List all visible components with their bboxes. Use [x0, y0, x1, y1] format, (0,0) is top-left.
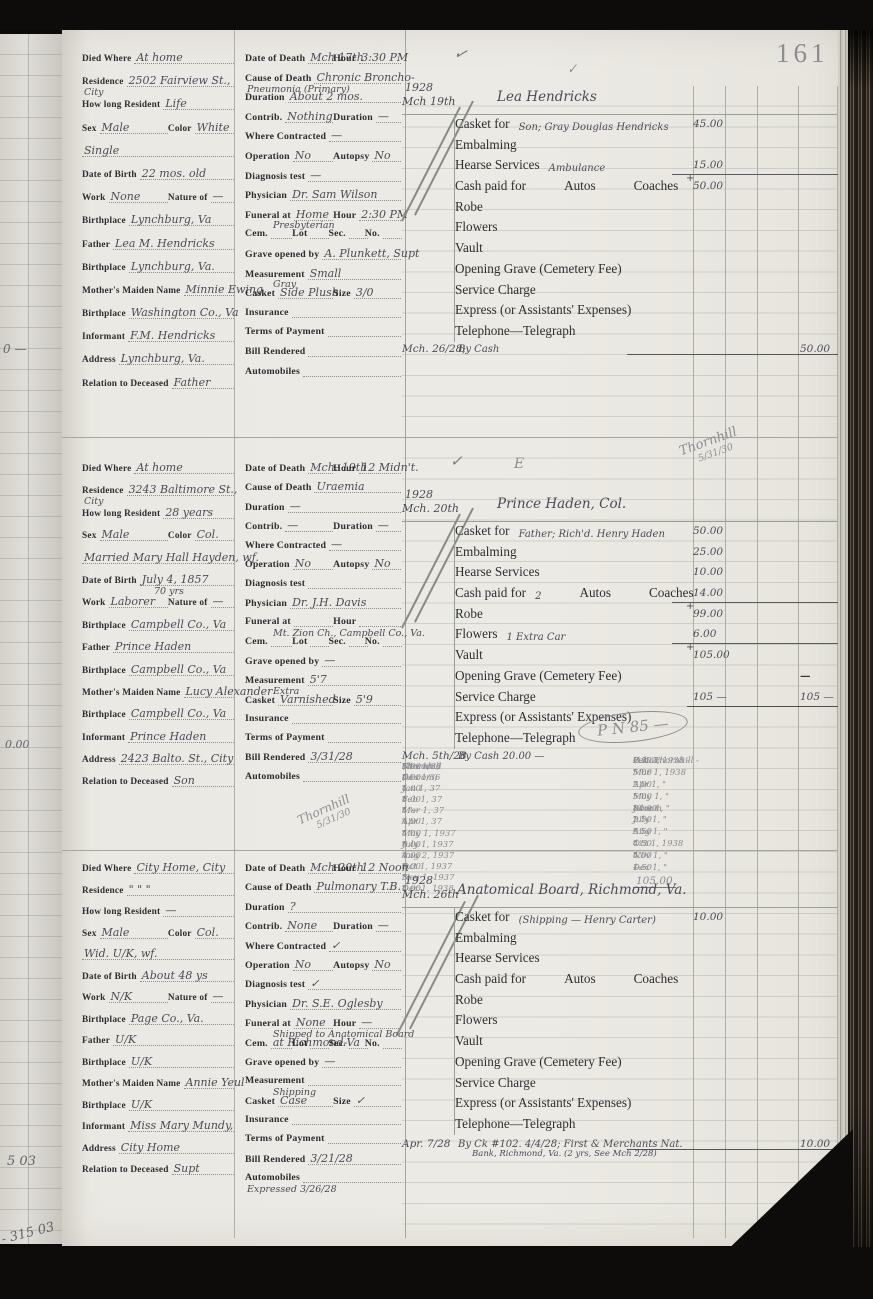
field-line: Cause of DeathPulmonary T.B. [245, 881, 401, 893]
charge-label: Casket for [455, 523, 510, 538]
form-row: BirthplaceLynchburg, Va. [82, 261, 234, 284]
field-line: Address2423 Balto. St., City [82, 753, 234, 765]
field-line: Funeral atHomeHour2:30 PM [245, 209, 401, 221]
field-line: FatherU/K [82, 1034, 234, 1046]
field-line: Date of Birth22 mos. old [82, 168, 234, 180]
payment-text: Bank, Richmond, Va. (2 yrs, See Mch 2/28… [472, 1149, 657, 1159]
field-label: Work [82, 993, 106, 1003]
charge-label: Opening Grave (Cemetery Fee) [455, 261, 622, 276]
field-value: Lynchburg, Va [129, 214, 234, 226]
charge-label: Service Charge [455, 282, 536, 297]
charge-row: Robe [402, 991, 837, 1012]
field-segment: SexMale [82, 122, 168, 134]
field-value: Minnie Ewing [184, 284, 235, 296]
field-label: Duration [333, 921, 373, 932]
field-line: How long Resident28 years [82, 507, 234, 519]
death-fields-column: Date of DeathMch 17thHour3:30 PMCause of… [245, 52, 401, 385]
form-row: Married Mary Hall Hayden, wf. [82, 552, 234, 574]
field-segment: Duration— [333, 111, 401, 123]
account-name: Anatomical Board, Richmond, Va. [457, 882, 687, 898]
form-row: Terms of Payment [245, 732, 401, 751]
field-segment: Bill Rendered [245, 346, 401, 357]
field-label: Birthplace [82, 216, 126, 226]
amount-entered: 105.00 [693, 649, 729, 661]
field-segment: Residence3243 Baltimore St., [82, 484, 234, 496]
field-value: 3243 Baltimore St., [127, 484, 234, 496]
field-line: Bill Rendered [245, 346, 401, 357]
charge-label: Robe [455, 606, 483, 621]
field-label: Duration [245, 902, 285, 913]
charge-row: Cash paid forAutosCoaches [402, 970, 837, 991]
field-segment: SexMale [82, 529, 168, 541]
charge-row: Express (or Assistants' Expenses) [402, 1094, 837, 1115]
field-segment: Date of Birth22 mos. old [82, 168, 234, 180]
form-row: Automobiles [245, 366, 401, 386]
form-row: Residence2502 Fairview St.,City [82, 75, 234, 98]
field-value: None [294, 1017, 333, 1029]
form-row: SexMaleColorWhite [82, 122, 234, 145]
field-label: How long Resident [82, 509, 160, 519]
field-value: Single [82, 145, 234, 157]
field-value [383, 1048, 402, 1049]
field-value: Father [172, 377, 234, 389]
installment-row: Aug 2, 1937""4.00✓ [402, 851, 672, 862]
field-value: Lynchburg, Va. [129, 261, 234, 273]
annotation-line: P N 85 — [596, 714, 669, 739]
charge-row: Vault [402, 239, 837, 260]
field-line: Died WhereAt home [82, 462, 234, 474]
installment-row: May 1, 1937""4.00" " [402, 829, 672, 840]
field-label: Mother's Maiden Name [82, 1079, 181, 1089]
field-label: Insurance [245, 713, 289, 724]
charge-label: Flowers [455, 1012, 498, 1027]
field-label: Date of Birth [82, 170, 137, 180]
field-line: InformantF.M. Hendricks [82, 330, 234, 342]
commission-note: " [633, 780, 637, 790]
field-value: City Home, City [134, 862, 234, 874]
form-row: AutomobilesExpressed 3/26/28 [245, 1172, 401, 1191]
field-segment: Insurance [245, 1114, 401, 1125]
field-value [303, 1182, 401, 1183]
field-value: At home [134, 52, 234, 64]
field-value: Mch. 19th [308, 462, 333, 474]
field-line: BirthplaceLynchburg, Va [82, 214, 234, 226]
annotation-line: ✓ [566, 61, 579, 77]
charges-table: 1928Mch. 26thAnatomical Board, Richmond,… [402, 877, 837, 1257]
charge-row: Service Charge105 —105 — [402, 688, 837, 709]
field-label: Date of Death [245, 53, 305, 64]
form-row: PhysicianDr. S.E. Oglesby [245, 998, 401, 1017]
field-line: Automobiles [245, 771, 401, 782]
field-segment: Size5'9 [333, 694, 401, 706]
amount-posted: — [800, 670, 840, 682]
charge-row: Vault105.00 [402, 646, 837, 667]
commission-note: (½ com) [402, 773, 438, 783]
field-label: Died Where [82, 54, 131, 64]
field-line: BirthplaceU/K [82, 1056, 234, 1068]
charge-row: Express (or Assistants' Expenses) [402, 301, 837, 322]
field-line: Mother's Maiden NameLucy Alexander [82, 686, 234, 698]
pencil-annotation: ✓ [452, 43, 470, 65]
payment-amount: 50.00 [800, 343, 840, 355]
field-label: Grave opened by [245, 656, 319, 667]
form-row: SexMaleColorCol. [82, 529, 234, 551]
installment-list-left: Nov 1/36" "Thornhill5.00(½ com.)Dec 1/36… [402, 762, 672, 895]
form-row: Residence" " " [82, 884, 234, 906]
payment-date: Mch. 5th/28 [402, 750, 467, 762]
installment-row: Feb 2, 1938 -O.K. Thornhill -2.00½ com [633, 756, 868, 768]
field-segment: Cause of DeathChronic Broncho- [245, 72, 401, 84]
form-row: Relation to DeceasedSon [82, 775, 234, 797]
field-label: Informant [82, 1122, 125, 1132]
field-label: No. [365, 228, 380, 239]
field-segment: Date of BirthAbout 48 ys [82, 970, 234, 982]
charge-row: Opening Grave (Cemetery Fee) [402, 1053, 837, 1074]
field-segment: SexMale [82, 927, 168, 939]
page-stack-edge [838, 30, 848, 1242]
installment-row: July 1, 1937""6.00" [402, 840, 672, 851]
field-label: Mother's Maiden Name [82, 688, 181, 698]
column-divider [234, 28, 235, 1238]
field-value [310, 646, 329, 647]
field-value: Miss Mary Mundy, [128, 1120, 234, 1132]
field-segment: Wid. U/K, wf. [82, 948, 234, 960]
field-segment: AutopsyNo [333, 959, 401, 971]
field-label: Birthplace [82, 263, 126, 273]
installment-row: July 1, "" "2.50" " [633, 815, 868, 827]
field-segment: Automobiles [245, 1172, 401, 1183]
form-row: PhysicianDr. Sam Wilson [245, 189, 401, 209]
field-segment: Grave opened by— [245, 655, 401, 667]
field-value: 12 Midn't. [359, 462, 401, 474]
amount-entered: 25.00 [693, 546, 729, 558]
page-number: 161 [776, 38, 829, 69]
field-label: Cause of Death [245, 882, 311, 893]
charge-label: Autos [564, 178, 596, 193]
field-value: — [376, 920, 401, 932]
field-label: Cause of Death [245, 73, 311, 84]
field-line: PhysicianDr. S.E. Oglesby [245, 998, 401, 1010]
field-value: Life [163, 98, 234, 110]
field-value: — [285, 520, 333, 532]
field-label: Birthplace [82, 621, 126, 631]
form-row: Relation to DeceasedFather [82, 377, 234, 400]
field-line: Date of DeathMch 17thHour3:30 PM [245, 52, 401, 64]
field-segment: Terms of Payment [245, 326, 401, 337]
field-segment: Nature of— [168, 596, 234, 608]
field-value: 3/31/28 [308, 751, 401, 763]
field-value: Uraemia [314, 481, 401, 493]
field-value: — [329, 130, 401, 142]
field-segment: Automobiles [245, 771, 401, 782]
field-value: Mch 17th [308, 52, 333, 64]
field-label: Hour [333, 463, 356, 474]
field-value: — [359, 1017, 401, 1029]
field-value: At home [134, 462, 234, 474]
field-label: Operation [245, 151, 290, 162]
commission-note: " " [402, 806, 413, 816]
field-value: — [329, 539, 401, 551]
charge-label: Service Charge [455, 689, 536, 704]
field-line: Where Contracted✓ [245, 940, 401, 952]
commission-note: " " [633, 827, 644, 837]
charge-label: Opening Grave (Cemetery Fee) [455, 668, 622, 683]
field-label: Date of Death [245, 463, 305, 474]
amount-posted: 105 — [800, 691, 840, 703]
field-label: Diagnosis test [245, 578, 305, 589]
field-label: Residence [82, 77, 124, 87]
form-row: Where Contracted— [245, 539, 401, 558]
field-segment: WorkNone [82, 191, 168, 203]
field-line: CasketVarnishedSize5'9 [245, 694, 401, 706]
installment-row: Dec 1/36""4.00(½ com) [402, 773, 672, 784]
field-line: Where Contracted— [245, 130, 401, 142]
book-binding-edge [848, 0, 873, 1299]
field-line: Date of BirthJuly 4, 1857 [82, 574, 234, 586]
commission-note: — [633, 863, 642, 873]
field-line: Residence3243 Baltimore St., [82, 484, 234, 496]
amount-entered: 50.00 [693, 525, 729, 537]
field-segment: AutopsyNo [333, 150, 401, 162]
field-label: Cause of Death [245, 482, 311, 493]
commission-note: " [402, 784, 406, 794]
field-label: Physician [245, 999, 287, 1010]
field-line: Mother's Maiden NameMinnie Ewing [82, 284, 234, 296]
field-line: Wid. U/K, wf. [82, 948, 234, 960]
form-row: Cause of DeathPulmonary T.B. [245, 881, 401, 900]
charge-row: Cash paid forAutosCoaches50.00 [402, 177, 837, 198]
field-label: Bill Rendered [245, 752, 305, 763]
ledger-date: Mch. 20th [402, 502, 459, 515]
field-value: Lucy Alexander [184, 686, 235, 698]
charge-row: Opening Grave (Cemetery Fee)— [402, 667, 837, 688]
field-segment: BirthplaceCampbell Co., Va [82, 708, 234, 720]
field-label: Birthplace [82, 710, 126, 720]
field-label: Residence [82, 486, 124, 496]
installment-row: Apr 1, 37""4.00" " [402, 817, 672, 828]
field-value: None [109, 191, 168, 203]
field-sub-note: Pneumonia (Primary) [247, 84, 350, 95]
field-value: 5'9 [354, 694, 401, 706]
field-line: PhysicianDr. J.H. Davis [245, 597, 401, 609]
field-value: — [288, 501, 401, 513]
form-row: BirthplaceCampbell Co., Va [82, 664, 234, 686]
field-segment: Where Contracted✓ [245, 940, 401, 952]
field-value: 22 mos. old [140, 168, 234, 180]
form-row: OperationNoAutopsyNo [245, 558, 401, 577]
field-line: Contrib.NoneDuration— [245, 920, 401, 932]
field-line: BirthplaceCampbell Co., Va [82, 664, 234, 676]
field-segment: BirthplaceWashington Co., Va [82, 307, 234, 319]
form-row: Terms of Payment [245, 1133, 401, 1152]
field-value: Laborer [109, 596, 168, 608]
field-value [292, 723, 401, 724]
field-segment: Funeral at [245, 616, 333, 627]
field-line: Insurance [245, 307, 401, 318]
form-row: Where Contracted— [245, 130, 401, 150]
charge-label: Robe [455, 199, 483, 214]
charge-row: Cash paid for2AutosCoaches14.00 [402, 584, 837, 605]
field-line: OperationNoAutopsyNo [245, 558, 401, 570]
field-segment: Contrib.Nothing [245, 111, 333, 123]
field-label: Relation to Deceased [82, 379, 169, 389]
field-segment: InformantPrince Haden [82, 731, 234, 743]
field-segment: Measurement5'7 [245, 674, 401, 686]
form-row: Cause of DeathUraemia [245, 481, 401, 500]
charge-label: Telephone—Telegraph [455, 1116, 575, 1131]
field-label: Residence [82, 886, 124, 896]
field-value [308, 356, 401, 357]
amount-entered: 99.00 [693, 608, 729, 620]
field-segment: BirthplacePage Co., Va. [82, 1013, 234, 1025]
field-segment: Relation to DeceasedSupt [82, 1163, 234, 1175]
field-value: 3/21/28 [308, 1153, 401, 1165]
form-row: BirthplaceWashington Co., Va [82, 307, 234, 330]
field-value [383, 238, 402, 239]
field-line: Contrib.—Duration— [245, 520, 401, 532]
field-label: Where Contracted [245, 131, 326, 142]
field-line: FatherPrince Haden [82, 641, 234, 653]
installment-row: Jan 1, 37""4.00" [402, 784, 672, 795]
field-value: None [285, 920, 333, 932]
field-label: Measurement [245, 1075, 305, 1086]
form-row: Address2423 Balto. St., City [82, 753, 234, 775]
charge-row: Embalming [402, 929, 837, 950]
field-label: Nature of [168, 993, 208, 1003]
charge-label: Cash paid for [455, 178, 526, 193]
form-row: Automobiles [245, 771, 401, 790]
field-value: — [376, 111, 401, 123]
commission-note: (½ com.) [402, 762, 440, 772]
field-value: Col. [195, 927, 234, 939]
charge-label: Autos [564, 971, 596, 986]
field-segment: Diagnosis test [245, 578, 401, 589]
field-segment: Grave opened by— [245, 1056, 401, 1068]
charge-label: Robe [455, 992, 483, 1007]
field-label: Insurance [245, 307, 289, 318]
charge-row: Casket forFather; Rich'd. Henry Haden50.… [402, 522, 837, 543]
charge-label: Flowers [455, 626, 498, 641]
form-row: Diagnosis test— [245, 170, 401, 190]
field-segment: Automobiles [245, 366, 401, 377]
field-value: 3:30 PM [359, 52, 401, 64]
field-line: AddressLynchburg, Va. [82, 353, 234, 365]
field-segment: Where Contracted— [245, 130, 401, 142]
field-segment: Married Mary Hall Hayden, wf. [82, 552, 234, 564]
personal-fields-column: Died WhereAt homeResidence3243 Baltimore… [82, 462, 234, 798]
field-value: Male [100, 927, 168, 939]
field-line: AddressCity Home [82, 1142, 234, 1154]
form-row: FatherPrince Haden [82, 641, 234, 663]
commission-note: " [633, 851, 637, 861]
pencil-annotation: E [514, 456, 524, 472]
commission-note: " [402, 795, 406, 805]
field-segment: BirthplaceU/K [82, 1056, 234, 1068]
field-line: How long Resident— [82, 905, 234, 917]
charge-label: Autos [579, 585, 611, 600]
charge-row: Vault [402, 1032, 837, 1053]
payment-row: Mch. 26/28;By Cash50.00 [402, 343, 837, 357]
field-value: 28 years [163, 507, 234, 519]
field-label: Relation to Deceased [82, 1165, 169, 1175]
field-value: Nothing [285, 111, 333, 123]
field-label: Diagnosis test [245, 979, 305, 990]
field-value: No [293, 150, 333, 162]
field-value: Dr. Sam Wilson [290, 189, 401, 201]
installment-row: Feb 1, 37""4.00" [402, 795, 672, 806]
payment-date: Apr. 7/28 [402, 1138, 450, 1150]
field-line: Grave opened byA. Plunkett, Supt [245, 248, 401, 260]
charge-note: Ambulance [549, 163, 606, 174]
charge-row: Service Charge [402, 281, 837, 302]
field-value: No [372, 150, 401, 162]
field-value: Lea M. Hendricks [113, 238, 234, 250]
field-value: Male [100, 122, 168, 134]
field-value: Dr. S.E. Oglesby [290, 998, 401, 1010]
field-value: Mch 20th [308, 862, 333, 874]
payment-text: By Cash 20.00 — [458, 751, 544, 762]
field-segment: How long Resident28 years [82, 507, 234, 519]
form-row: Died WhereCity Home, City [82, 862, 234, 884]
field-value: ? [288, 901, 401, 913]
field-line: Residence2502 Fairview St., [82, 75, 234, 87]
death-fields-column: Date of DeathMch 20thHour12 NoonCause of… [245, 862, 401, 1192]
field-label: Physician [245, 190, 287, 201]
field-label: Grave opened by [245, 249, 319, 260]
charge-label: Cash paid for [455, 971, 526, 986]
field-pre-note: Extra [273, 686, 299, 697]
ledger-year: 1928 [405, 874, 433, 887]
field-value: City Home [119, 1142, 234, 1154]
field-label: Date of Birth [82, 576, 137, 586]
field-value: F.M. Hendricks [128, 330, 234, 342]
field-value: N/K [109, 991, 168, 1003]
form-row: Grave opened byA. Plunkett, Supt [245, 248, 401, 268]
form-row: Date of DeathMch 20thHour12 Noon [245, 862, 401, 881]
field-value: Col. [195, 529, 234, 541]
payment-row: Apr. 7/28By Ck #102. 4/4/28; First & Mer… [402, 1138, 837, 1152]
form-row: Measurement [245, 1075, 401, 1094]
form-row: Grave opened by— [245, 655, 401, 674]
field-label: Automobiles [245, 1172, 300, 1183]
form-row: BirthplaceU/K [82, 1099, 234, 1121]
field-line: OperationNoAutopsyNo [245, 959, 401, 971]
form-row: ShippingCasketCaseSize✓ [245, 1095, 401, 1114]
pencil-annotation: Thornhill5/31/30 [295, 792, 356, 837]
field-segment: BirthplaceLynchburg, Va [82, 214, 234, 226]
field-label: Color [168, 531, 192, 541]
field-value: Campbell Co., Va [129, 708, 234, 720]
field-label: How long Resident [82, 100, 160, 110]
field-label: Hour [333, 210, 356, 221]
form-row: BirthplaceLynchburg, Va [82, 214, 234, 237]
field-label: Diagnosis test [245, 171, 305, 182]
form-row: WorkNoneNature of— [82, 191, 234, 214]
field-segment: InformantMiss Mary Mundy, [82, 1120, 234, 1132]
commission-note: ½ com [633, 804, 662, 814]
field-label: Terms of Payment [245, 732, 325, 743]
charge-label: Express (or Assistants' Expenses) [455, 1095, 631, 1110]
field-line: Insurance [245, 1114, 401, 1125]
field-label: Automobiles [245, 366, 300, 377]
field-label: Address [82, 755, 116, 765]
field-sub-note: City [84, 87, 104, 98]
field-line: CasketSide PlushSize3/0 [245, 287, 401, 299]
form-row: BirthplaceU/K [82, 1056, 234, 1078]
personal-fields-column: Died WhereAt homeResidence2502 Fairview … [82, 52, 234, 400]
field-line: Funeral atNoneHour— [245, 1017, 401, 1029]
field-value: Annie Yeul [184, 1077, 235, 1089]
